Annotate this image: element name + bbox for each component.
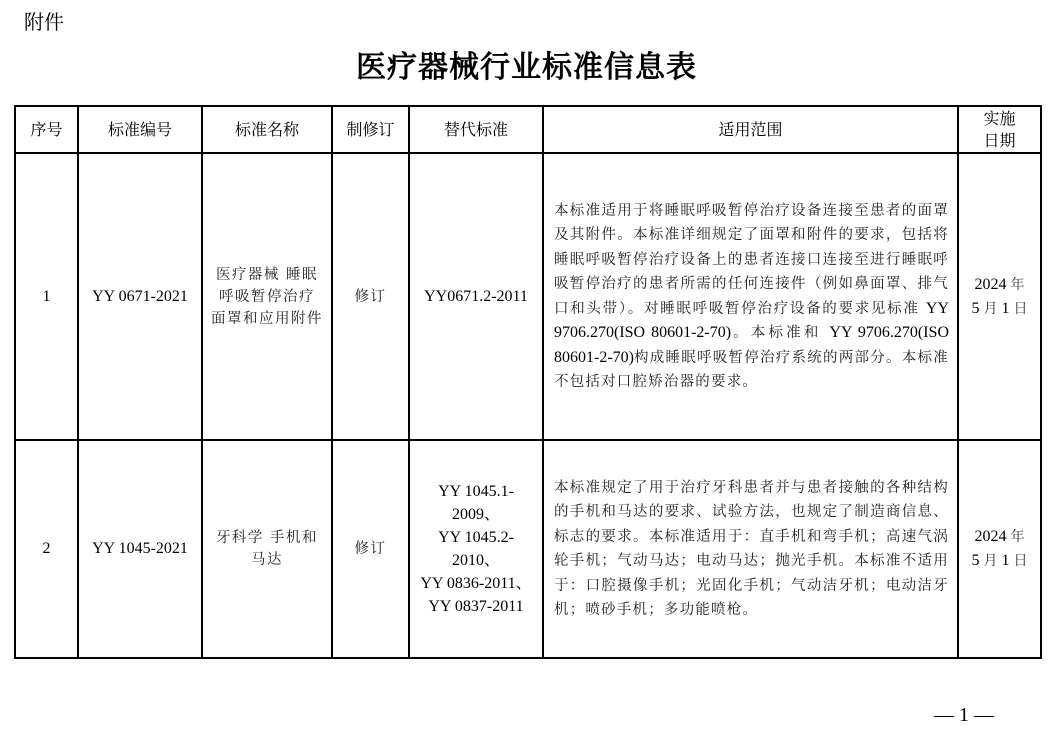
replaces-item: YY0671.2-2011: [410, 285, 542, 308]
standards-table: 序号 标准编号 标准名称 制修订 替代标准 适用范围 实施 日期 1 YY 06…: [14, 105, 1042, 659]
cell-revision: 修订: [332, 440, 409, 658]
date-year-unit: 年: [1011, 277, 1025, 293]
date-day-unit: 日: [1014, 301, 1028, 317]
cell-name: 医疗器械 睡眠呼吸暂停治疗 面罩和应用附件: [202, 153, 332, 440]
cell-seq: 2: [15, 440, 78, 658]
cell-replaces: YY0671.2-2011: [409, 153, 543, 440]
header-name: 标准名称: [202, 106, 332, 153]
attachment-label: 附件: [24, 6, 64, 35]
cell-replaces: YY 1045.1-2009、 YY 1045.2-2010、 YY 0836-…: [409, 440, 543, 658]
date-month-unit: 月: [984, 301, 998, 317]
page-number: — 1 —: [934, 704, 994, 727]
header-date: 实施 日期: [958, 106, 1041, 153]
header-date-line2: 日期: [959, 130, 1040, 152]
header-date-line1: 实施: [959, 108, 1040, 130]
cell-date: 2024 年 5 月 1 日: [958, 440, 1041, 658]
replaces-item: YY 0837-2011: [416, 595, 536, 618]
date-day-unit: 日: [1014, 553, 1028, 569]
scope-text: 。本标准和: [731, 325, 829, 341]
date-month: 5: [972, 300, 980, 317]
cell-code: YY 1045-2021: [78, 440, 202, 658]
date-year: 2024: [975, 276, 1007, 293]
date-month: 5: [972, 552, 980, 569]
cell-scope: 本标准适用于将睡眠呼吸暂停治疗设备连接至患者的面罩及其附件。本标准详细规定了面罩…: [543, 153, 958, 440]
cell-revision: 修订: [332, 153, 409, 440]
cell-scope: 本标准规定了用于治疗牙科患者并与患者接触的各种结构的手机和马达的要求、试验方法，…: [543, 440, 958, 658]
table-header-row: 序号 标准编号 标准名称 制修订 替代标准 适用范围 实施 日期: [15, 106, 1041, 153]
date-day: 1: [1002, 300, 1010, 317]
header-revision: 制修订: [332, 106, 409, 153]
replaces-item: YY 1045.1-2009、: [416, 480, 536, 526]
date-day: 1: [1002, 552, 1010, 569]
date-year-unit: 年: [1011, 529, 1025, 545]
cell-date: 2024 年 5 月 1 日: [958, 153, 1041, 440]
date-year: 2024: [975, 528, 1007, 545]
cell-name: 牙科学 手机和马达: [202, 440, 332, 658]
replaces-item: YY 1045.2-2010、: [416, 526, 536, 572]
page-title: 医疗器械行业标准信息表: [0, 42, 1053, 86]
cell-code: YY 0671-2021: [78, 153, 202, 440]
header-code: 标准编号: [78, 106, 202, 153]
table-row: 2 YY 1045-2021 牙科学 手机和马达 修订 YY 1045.1-20…: [15, 440, 1041, 658]
date-month-unit: 月: [984, 553, 998, 569]
header-replaces: 替代标准: [409, 106, 543, 153]
header-scope: 适用范围: [543, 106, 958, 153]
header-seq: 序号: [15, 106, 78, 153]
table-row: 1 YY 0671-2021 医疗器械 睡眠呼吸暂停治疗 面罩和应用附件 修订 …: [15, 153, 1041, 440]
cell-seq: 1: [15, 153, 78, 440]
scope-text: 本标准适用于将睡眠呼吸暂停治疗设备连接至患者的面罩及其附件。本标准详细规定了面罩…: [554, 203, 949, 317]
replaces-item: YY 0836-2011、: [416, 572, 536, 595]
